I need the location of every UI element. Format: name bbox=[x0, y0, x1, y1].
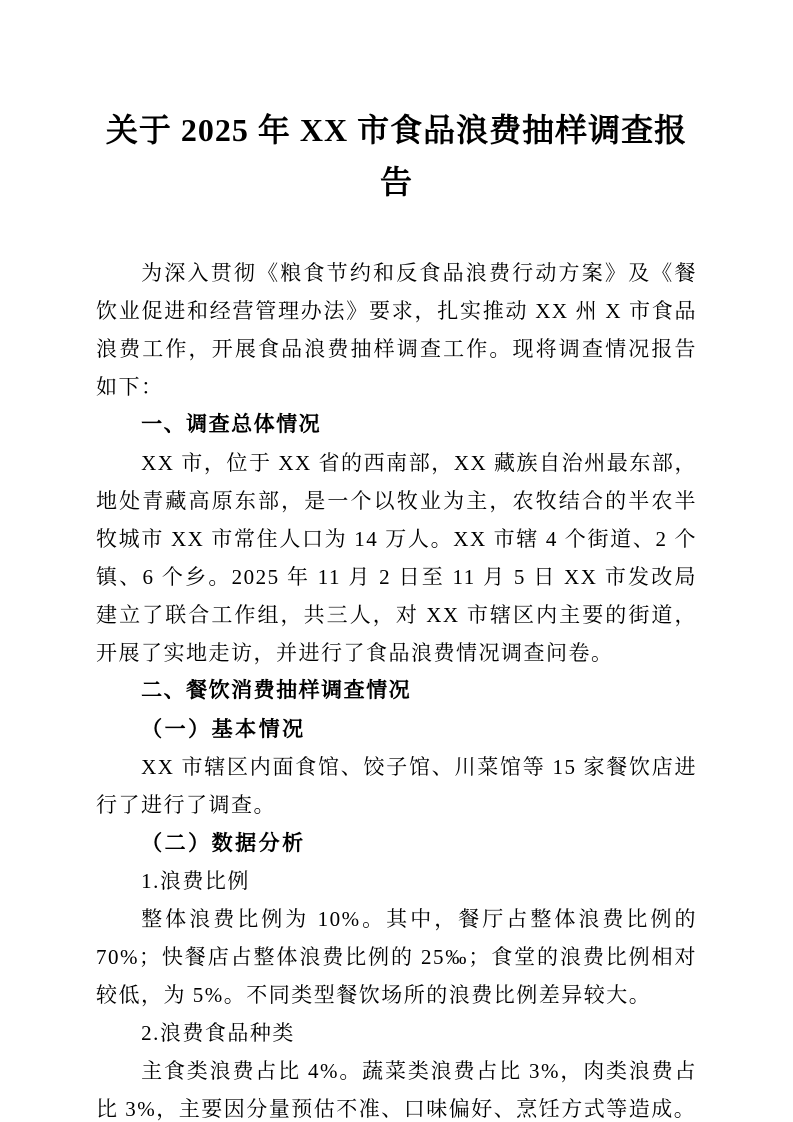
document-page: 关于 2025 年 XX 市食品浪费抽样调查报告 为深入贯彻《粮食节约和反食品浪… bbox=[0, 0, 793, 1122]
section-1-heading: 一、调查总体情况 bbox=[96, 406, 697, 444]
intro-paragraph: 为深入贯彻《粮食节约和反食品浪费行动方案》及《餐饮业促进和经营管理办法》要求，扎… bbox=[96, 254, 697, 406]
section-1-paragraph: XX 市，位于 XX 省的西南部，XX 藏族自治州最东部，地处青藏高原东部，是一… bbox=[96, 444, 697, 672]
numbered-item-1-paragraph: 整体浪费比例为 10%。其中，餐厅占整体浪费比例的 70%；快餐店占整体浪费比例… bbox=[96, 900, 697, 1014]
numbered-item-2-paragraph: 主食类浪费占比 4%。蔬菜类浪费占比 3%，肉类浪费占比 3%，主要因分量预估不… bbox=[96, 1052, 697, 1122]
document-body: 为深入贯彻《粮食节约和反食品浪费行动方案》及《餐饮业促进和经营管理办法》要求，扎… bbox=[96, 254, 697, 1122]
section-2-heading: 二、餐饮消费抽样调查情况 bbox=[96, 672, 697, 710]
numbered-item-1-heading: 1.浪费比例 bbox=[96, 862, 697, 900]
document-title: 关于 2025 年 XX 市食品浪费抽样调查报告 bbox=[96, 104, 697, 208]
subsection-2-heading: （二）数据分析 bbox=[96, 824, 697, 862]
subsection-1-heading: （一）基本情况 bbox=[96, 710, 697, 748]
subsection-1-paragraph: XX 市辖区内面食馆、饺子馆、川菜馆等 15 家餐饮店进行了进行了调查。 bbox=[96, 748, 697, 824]
numbered-item-2-heading: 2.浪费食品种类 bbox=[96, 1014, 697, 1052]
